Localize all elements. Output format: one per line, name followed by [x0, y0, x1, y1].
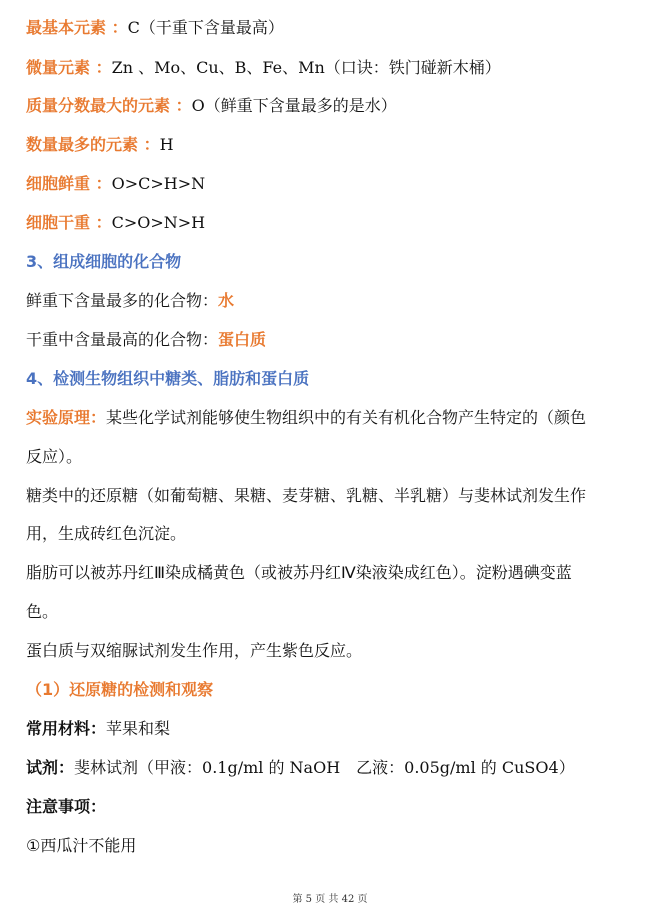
text-line: 蛋白质与双缩脲试剂发生作用，产生紫色反应。: [26, 641, 362, 661]
line-text: 某些化学试剂能够使生物组织中的有关有机化合物产生特定的（颜色: [106, 408, 586, 427]
highlight-value: 水: [218, 291, 234, 310]
line-label: 鲜重下含量最多的化合物：: [26, 291, 218, 310]
notes-label: 注意事项：: [26, 797, 106, 817]
text-line: 数量最多的元素 ：H: [26, 135, 174, 155]
line-label: 干重中含量最高的化合物：: [26, 330, 218, 349]
text-line: 质量分数最大的元素 ：O（鲜重下含量最多的是水）: [26, 96, 397, 116]
line-label: 最基本元素 ：: [26, 18, 128, 37]
section-heading: 4、检测生物组织中糖类、脂肪和蛋白质: [26, 369, 309, 389]
text-line: 脂肪可以被苏丹红Ⅲ染成橘黄色（或被苏丹红Ⅳ染液染成红色）。淀粉遇碘变蓝: [26, 563, 572, 583]
line-label: 微量元素 ：: [26, 58, 112, 77]
line-text: 斐林试剂（甲液：0.1g/ml 的 NaOH 乙液：0.05g/ml 的 CuS…: [74, 758, 575, 777]
line-label: 实验原理：: [26, 408, 106, 427]
line-text: H: [160, 135, 174, 154]
text-line: 最基本元素 ：C（干重下含量最高）: [26, 18, 284, 38]
line-text: O（鲜重下含量最多的是水）: [192, 96, 397, 115]
text-line: 色。: [26, 602, 58, 622]
line-text: 苹果和梨: [106, 719, 170, 738]
line-text: O>C>H>N: [112, 174, 206, 193]
line-text: C（干重下含量最高）: [128, 18, 284, 37]
text-line: 用，生成砖红色沉淀。: [26, 524, 186, 544]
text-line: 反应）。: [26, 447, 82, 467]
line-label: 细胞鲜重 ：: [26, 174, 112, 193]
text-line: 糖类中的还原糖（如葡萄糖、果糖、麦芽糖、乳糖、半乳糖）与斐林试剂发生作: [26, 486, 586, 506]
text-line: 常用材料：苹果和梨: [26, 719, 170, 739]
text-line: 干重中含量最高的化合物：蛋白质: [26, 330, 266, 350]
line-label: 质量分数最大的元素 ：: [26, 96, 192, 115]
line-label: 数量最多的元素 ：: [26, 135, 160, 154]
page-footer: 第 5 页 共 42 页: [0, 890, 660, 905]
line-label: 试剂：: [26, 758, 74, 777]
section-heading: 3、组成细胞的化合物: [26, 252, 181, 272]
text-line: 鲜重下含量最多的化合物：水: [26, 291, 234, 311]
text-line: 细胞鲜重 ：O>C>H>N: [26, 174, 205, 194]
subsection-heading: （1）还原糖的检测和观察: [26, 680, 213, 700]
line-text: C>O>N>H: [112, 213, 206, 232]
text-line: 实验原理：某些化学试剂能够使生物组织中的有关有机化合物产生特定的（颜色: [26, 408, 586, 428]
line-text: Zn 、Mo、Cu、B、Fe、Mn（口诀：铁门碰新木桶）: [112, 58, 501, 77]
highlight-value: 蛋白质: [218, 330, 266, 349]
line-label: 常用材料：: [26, 719, 106, 738]
text-line: 细胞干重 ：C>O>N>H: [26, 213, 205, 233]
text-line: ①西瓜汁不能用: [26, 836, 136, 856]
text-line: 试剂：斐林试剂（甲液：0.1g/ml 的 NaOH 乙液：0.05g/ml 的 …: [26, 758, 575, 778]
text-line: 微量元素 ：Zn 、Mo、Cu、B、Fe、Mn（口诀：铁门碰新木桶）: [26, 58, 501, 78]
line-label: 细胞干重 ：: [26, 213, 112, 232]
